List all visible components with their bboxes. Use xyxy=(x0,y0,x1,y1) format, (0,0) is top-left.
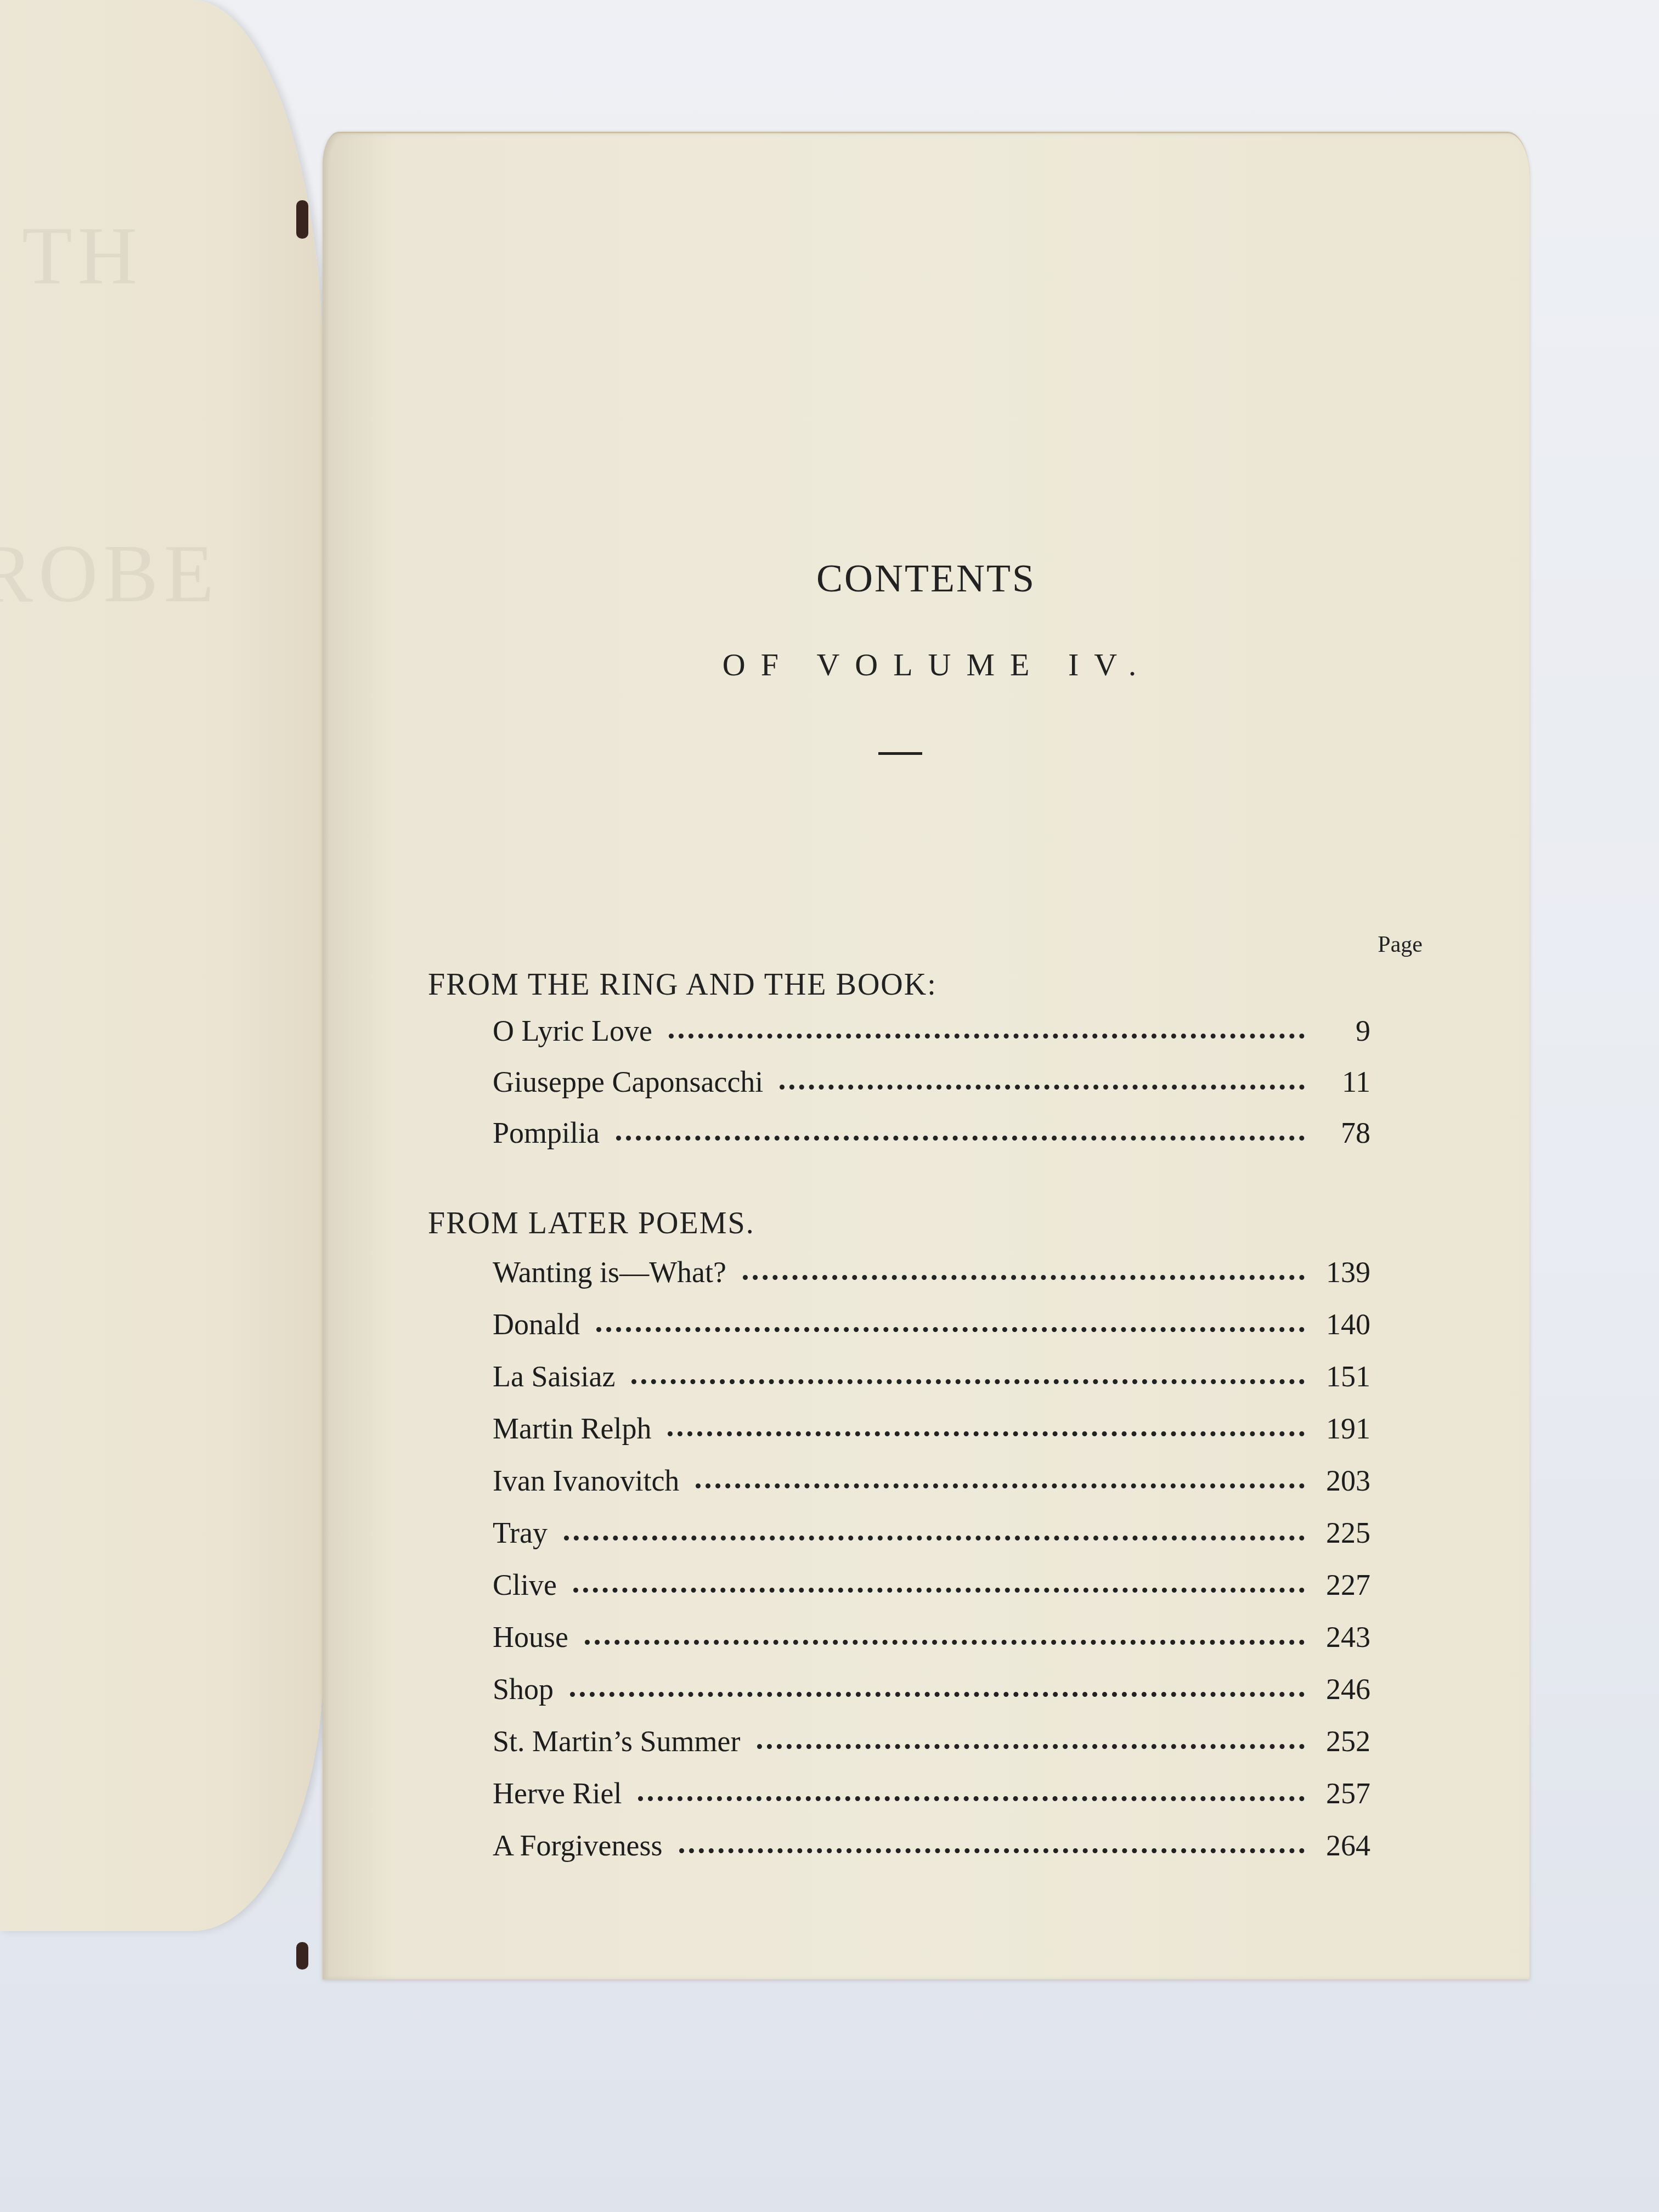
dot-leader xyxy=(564,1536,1305,1541)
entry-title: Giuseppe Caponsacchi xyxy=(493,1065,763,1099)
entry-title: Pompilia xyxy=(493,1116,600,1150)
entry-page-number: 243 xyxy=(1321,1620,1370,1654)
dot-leader xyxy=(668,1431,1305,1436)
entry-page-number: 252 xyxy=(1321,1724,1370,1758)
page-subtitle: OF VOLUME IV. xyxy=(323,646,1541,683)
toc-entry[interactable]: House 243 xyxy=(493,1620,1370,1664)
entry-page-number: 227 xyxy=(1321,1568,1370,1602)
title-rule-divider xyxy=(878,752,922,755)
dot-leader xyxy=(573,1588,1305,1593)
cover-edge-bottom xyxy=(296,1942,308,1970)
dot-leader xyxy=(638,1796,1305,1801)
left-page: TH ROBE xyxy=(0,0,324,1931)
dot-leader xyxy=(669,1034,1305,1039)
toc-entry[interactable]: Giuseppe Caponsacchi 11 xyxy=(493,1065,1370,1109)
page-column-label: Page xyxy=(1378,932,1423,958)
entry-title: Ivan Ivanovitch xyxy=(493,1464,679,1498)
entry-page-number: 264 xyxy=(1321,1829,1370,1863)
entry-title: Herve Riel xyxy=(493,1776,622,1810)
section-heading-ring-and-book: FROM THE RING AND THE BOOK: xyxy=(428,967,937,1002)
section-heading-later-poems: FROM LATER POEMS. xyxy=(428,1206,755,1241)
entry-page-number: 203 xyxy=(1321,1464,1370,1498)
entry-title: La Saisiaz xyxy=(493,1359,615,1393)
dot-leader xyxy=(596,1327,1305,1332)
dot-leader xyxy=(570,1692,1305,1697)
entry-page-number: 246 xyxy=(1321,1672,1370,1706)
dot-leader xyxy=(616,1136,1305,1141)
cover-edge-top xyxy=(296,200,308,239)
toc-entry[interactable]: Shop 246 xyxy=(493,1672,1370,1716)
entry-page-number: 191 xyxy=(1321,1412,1370,1446)
toc-entry[interactable]: Wanting is—What? 139 xyxy=(493,1255,1370,1299)
entry-page-number: 257 xyxy=(1321,1776,1370,1810)
entry-title: Wanting is—What? xyxy=(493,1255,726,1289)
entry-title: O Lyric Love xyxy=(493,1014,652,1048)
toc-entry[interactable]: Martin Relph 191 xyxy=(493,1412,1370,1455)
entry-title: Donald xyxy=(493,1307,580,1341)
left-page-show-through-top: TH xyxy=(22,208,143,303)
entry-page-number: 225 xyxy=(1321,1516,1370,1550)
dot-leader xyxy=(631,1379,1305,1384)
toc-entry[interactable]: O Lyric Love 9 xyxy=(493,1014,1370,1058)
entry-page-number: 139 xyxy=(1321,1255,1370,1289)
dot-leader xyxy=(696,1483,1305,1488)
toc-entry[interactable]: Ivan Ivanovitch 203 xyxy=(493,1464,1370,1508)
entry-title: Tray xyxy=(493,1516,548,1550)
entry-title: Shop xyxy=(493,1672,554,1706)
entry-page-number: 78 xyxy=(1321,1116,1370,1150)
dot-leader xyxy=(585,1640,1305,1645)
entry-page-number: 151 xyxy=(1321,1359,1370,1393)
entry-page-number: 9 xyxy=(1321,1014,1370,1048)
dot-leader xyxy=(743,1275,1305,1280)
toc-entry[interactable]: Donald 140 xyxy=(493,1307,1370,1351)
toc-entry[interactable]: La Saisiaz 151 xyxy=(493,1359,1370,1403)
dot-leader xyxy=(757,1744,1305,1749)
entry-page-number: 140 xyxy=(1321,1307,1370,1341)
toc-entry[interactable]: A Forgiveness 264 xyxy=(493,1829,1370,1872)
entry-title: House xyxy=(493,1620,568,1654)
dot-leader xyxy=(780,1085,1305,1090)
entry-title: A Forgiveness xyxy=(493,1829,663,1863)
entry-title: Martin Relph xyxy=(493,1412,651,1446)
page-title: CONTENTS xyxy=(323,556,1530,601)
toc-entry[interactable]: Herve Riel 257 xyxy=(493,1776,1370,1820)
toc-entry[interactable]: Pompilia 78 xyxy=(493,1116,1370,1160)
toc-entry[interactable]: Tray 225 xyxy=(493,1516,1370,1560)
toc-entry[interactable]: St. Martin’s Summer 252 xyxy=(493,1724,1370,1768)
contents-page: CONTENTS OF VOLUME IV. Page FROM THE RIN… xyxy=(323,132,1530,1979)
entry-title: St. Martin’s Summer xyxy=(493,1724,741,1758)
dot-leader xyxy=(679,1848,1305,1853)
entry-title: Clive xyxy=(493,1568,557,1602)
entry-page-number: 11 xyxy=(1321,1065,1370,1099)
toc-entry[interactable]: Clive 227 xyxy=(493,1568,1370,1612)
left-page-show-through-name: ROBE xyxy=(0,527,219,621)
